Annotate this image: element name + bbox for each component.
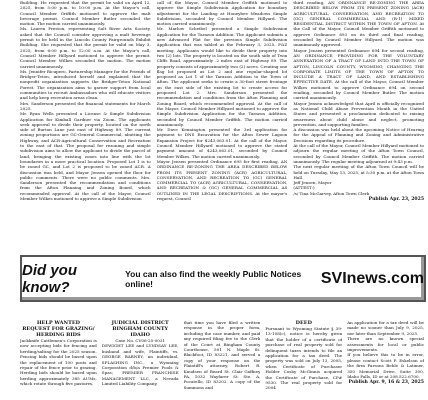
judicial-district-notice: JUDICIAL DISTRICT BINGHAM COUNTY IDAHO C… xyxy=(102,320,179,400)
paragraph: Ms. Jennifer Ricupero, Partnership Manag… xyxy=(20,69,151,101)
notice-column-3: third reading, AN ORDINANCE RE-ZONING TH… xyxy=(293,0,424,245)
notice-column-1: Building. He requested that the permit b… xyxy=(20,0,151,245)
did-you-know-heading: Did you know? xyxy=(22,262,121,296)
website-link[interactable]: SVInews.com xyxy=(321,270,424,288)
council-minutes-notice: Building. He requested that the permit b… xyxy=(20,0,424,245)
publish-date: Publish Apr. 9, 16 & 23, 2025 xyxy=(347,380,424,385)
grazing-bids-notice: HELP WANTED REQUEST FOR GRAZING/ HERDING… xyxy=(20,320,97,400)
paragraph: Building. He requested that the permit b… xyxy=(20,0,151,26)
paragraph: third reading, AN ORDINANCE RE-ZONING TH… xyxy=(293,0,424,48)
paragraph: call of the Mayor, Council Member Griffi… xyxy=(157,0,288,26)
paragraph: At the call of the Mayor, Council Member… xyxy=(293,143,424,164)
notice-column-2: call of the Mayor, Council Member Griffi… xyxy=(157,0,288,245)
tax-deed-notice: DEED Pursuant to Wyoming Statute § 39-13… xyxy=(265,320,342,400)
signature-clerk: /s/ Tina McGarvey, Afton Town Clerk xyxy=(293,191,424,196)
notice-paragraph: An application for a tax deed will be ma… xyxy=(347,320,424,336)
public-notices-banner: Did you know? You can also find the week… xyxy=(20,255,426,302)
paragraph: Mayor Jensen acknowledged that April is … xyxy=(293,101,424,127)
paragraph: Mr. Dave Kennington presented the 3rd ap… xyxy=(157,127,288,159)
notice-body: that time you have filed a written respo… xyxy=(184,320,261,390)
publish-date: Publish Apr. 23, 2025 xyxy=(293,197,424,202)
paragraph: Mr. Ryan Wells presented a License & Sim… xyxy=(20,111,151,201)
notice-heading: BINGHAM COUNTY IDAHO xyxy=(102,326,179,338)
paragraph: A discussion was held about the upcoming… xyxy=(293,127,424,143)
notice-body: DEWIGHT LEE and LYNDSAY LEE, husband and… xyxy=(102,343,179,386)
paragraph: Mrs. Sanderson presented the financial s… xyxy=(20,101,151,112)
tax-deed-notice-continued: An application for a tax deed will be ma… xyxy=(347,320,424,400)
banner-message: You can also find the weekly Public Noti… xyxy=(125,269,317,289)
paragraph: Mayor Jensen presented Ordinance 694 for… xyxy=(293,48,424,101)
classified-notices: HELP WANTED REQUEST FOR GRAZING/ HERDING… xyxy=(20,320,424,400)
paragraph: Mayor Jensen presented Ordinance 695 for… xyxy=(157,159,288,201)
paragraph: The next regular meeting of the Afton To… xyxy=(293,164,424,180)
notice-body: Pursuant to Wyoming Statute § 39-13-108(… xyxy=(265,326,342,391)
paragraph: Ms. Lauren Preston, representing Salt Ri… xyxy=(20,26,151,68)
notice-body: Jackknife Cattlemen's Corporation is now… xyxy=(20,338,97,387)
judicial-notice-continued: that time you have filed a written respo… xyxy=(184,320,261,400)
paragraph: Mr. Marlow Scheibel presented a Simple S… xyxy=(157,26,288,127)
notice-paragraph: If you believe this to be in error, plea… xyxy=(347,352,424,379)
notice-paragraph: There are no known special assessments f… xyxy=(347,336,424,352)
